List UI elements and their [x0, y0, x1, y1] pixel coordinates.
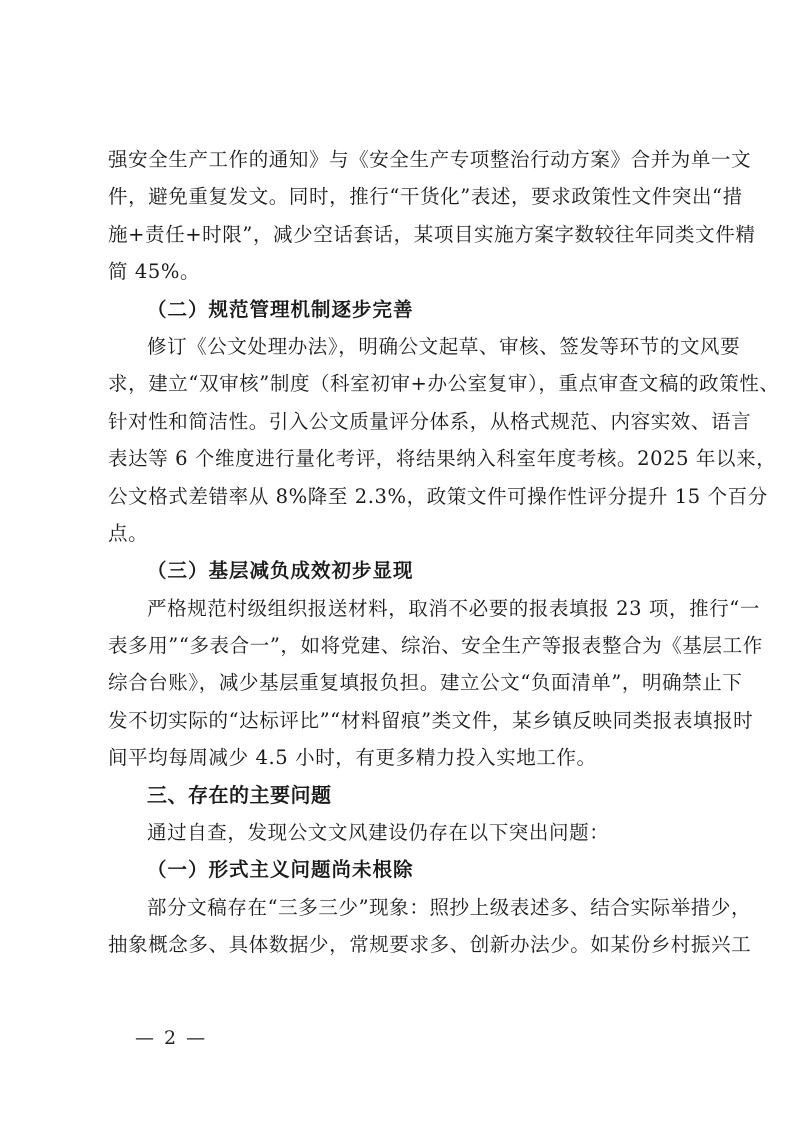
document-page: 强安全生产工作的通知》与《安全生产专项整治行动方案》合并为单一文 件，避免重复发…: [108, 141, 693, 964]
paragraph-first-line: 部分文稿存在“三多三少”现象：照抄上级表述多、结合实际举措少，: [108, 889, 693, 926]
body-line: 间平均每周减少 4.5 小时，有更多精力投入实地工作。: [108, 739, 693, 776]
paragraph-first-line: 修订《公文处理办法》，明确公文起草、审核、签发等环节的文风要: [108, 328, 693, 365]
subsection-heading: （二）规范管理机制逐步完善: [108, 291, 693, 328]
body-line: 发不切实际的“达标评比”“材料留痕”类文件，某乡镇反映同类报表填报时: [108, 702, 693, 739]
body-line: 强安全生产工作的通知》与《安全生产专项整治行动方案》合并为单一文: [108, 141, 693, 178]
body-line: 抽象概念多、具体数据少，常规要求多、创新办法少。如某份乡村振兴工: [108, 926, 693, 963]
section-heading: 三、存在的主要问题: [108, 777, 693, 814]
body-line: 件，避免重复发文。同时，推行“干货化”表述，要求政策性文件突出“措: [108, 178, 693, 215]
page-number: — 2 —: [135, 1027, 207, 1049]
body-line: 表多用”“多表合一”，如将党建、综治、安全生产等报表整合为《基层工作: [108, 627, 693, 664]
subsection-heading: （一）形式主义问题尚未根除: [108, 851, 693, 888]
paragraph-first-line: 通过自查，发现公文文风建设仍存在以下突出问题：: [108, 814, 693, 851]
body-line: 求，建立“双审核”制度（科室初审+办公室复审），重点审查文稿的政策性、: [108, 365, 693, 402]
body-line: 表达等 6 个维度进行量化考评，将结果纳入科室年度考核。2025 年以来，: [108, 440, 693, 477]
body-line: 施+责任+时限”，减少空话套话，某项目实施方案字数较往年同类文件精: [108, 216, 693, 253]
body-line: 公文格式差错率从 8%降至 2.3%，政策文件可操作性评分提升 15 个百分: [108, 478, 693, 515]
paragraph-first-line: 严格规范村级组织报送材料，取消不必要的报表填报 23 项，推行“一: [108, 590, 693, 627]
body-line: 综合台账》，减少基层重复填报负担。建立公文“负面清单”，明确禁止下: [108, 664, 693, 701]
body-line: 点。: [108, 515, 693, 552]
body-line: 针对性和简洁性。引入公文质量评分体系，从格式规范、内容实效、语言: [108, 403, 693, 440]
subsection-heading: （三）基层减负成效初步显现: [108, 552, 693, 589]
body-line: 简 45%。: [108, 253, 693, 290]
